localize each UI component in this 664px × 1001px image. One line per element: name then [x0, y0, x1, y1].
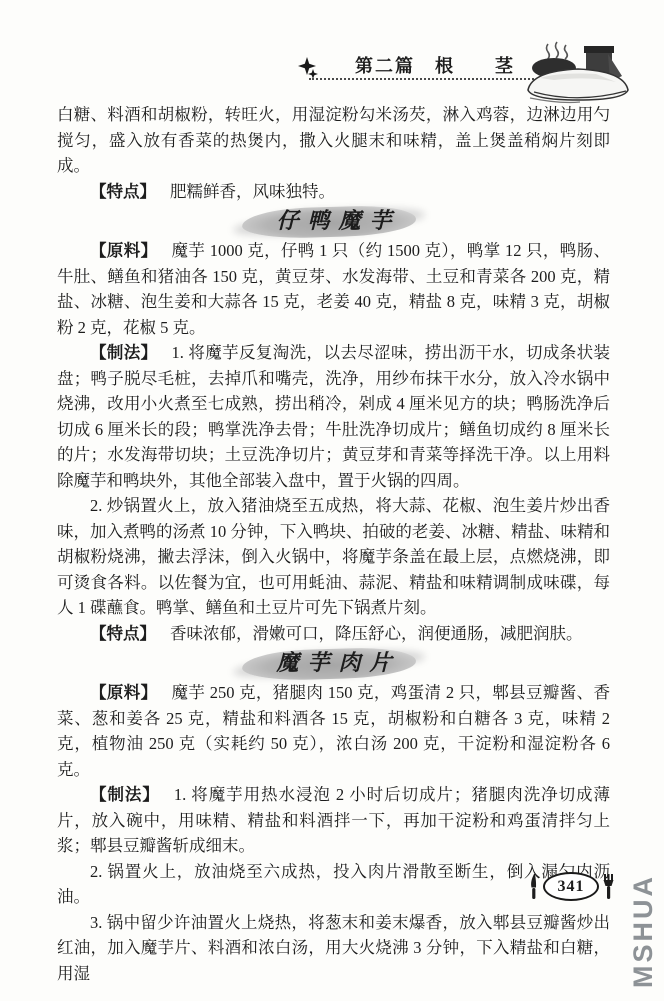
recipe2-method-step3-paragraph: 3. 锅中留少许油置火上烧热，将葱末和姜末爆香，放入郫县豆瓣酱炒出红油，加入魔芋…: [57, 910, 610, 987]
page-number: 341: [558, 878, 585, 896]
watermark-text: MSHUA: [628, 874, 659, 988]
feature-text: 肥糯鲜香，风味独特。: [170, 182, 335, 201]
ingredients-label: 【原料】: [90, 241, 157, 260]
recipe1-method-step1-paragraph: 【制法】1. 将魔芋反复淘洗，以去尽涩味，捞出沥干水，切成条状装盘；鸭子脱尽毛桩…: [57, 340, 610, 493]
recipe2-method-step1-paragraph: 【制法】1. 将魔芋用热水浸泡 2 小时后切成片；猪腿肉洗净切成薄片，放入碗中，…: [57, 782, 610, 859]
recipe1-title-stamp: 仔鸭魔芋: [252, 206, 414, 237]
recipe1-title: 仔鸭魔芋: [276, 208, 400, 233]
method-step1-text: 1. 将魔芋反复淘洗，以去尽涩味，捞出沥干水，切成条状装盘；鸭子脱尽毛桩，去掉爪…: [57, 343, 610, 490]
fork-icon: [602, 873, 615, 901]
section-title: 第二篇 根 茎: [330, 52, 540, 78]
page-number-badge: 341: [543, 872, 599, 901]
steaming-dish-illustration: [520, 38, 640, 111]
page-footer: 341: [527, 872, 615, 901]
recipe1-ingredients-paragraph: 【原料】魔芋 1000 克，仔鸭 1 只（约 1500 克），鸭掌 12 只，鸭…: [57, 238, 610, 340]
page-content: 白糖、料酒和胡椒粉，转旺火，用湿淀粉勾米汤芡，淋入鸡蓉，边淋边用勺搅匀，盛入放有…: [57, 102, 610, 986]
method-label: 【制法】: [90, 343, 158, 362]
method-label: 【制法】: [90, 785, 160, 804]
recipe2-title: 魔芋肉片: [276, 650, 400, 675]
recipe1-feature-paragraph: 【特点】香味浓郁，滑嫩可口，降压舒心，润便通肠，减肥润肤。: [57, 621, 610, 647]
feature-label: 【特点】: [90, 182, 156, 201]
recipe2-ingredients-paragraph: 【原料】魔芋 250 克，猪腿肉 150 克，鸡蛋清 2 只，郫县豆瓣酱、香菜、…: [57, 680, 610, 782]
intro-feature-paragraph: 【特点】肥糯鲜香，风味独特。: [57, 179, 610, 205]
feature-label: 【特点】: [90, 624, 156, 643]
recipe2-title-stamp: 魔芋肉片: [252, 648, 414, 679]
ingredients-label: 【原料】: [90, 683, 157, 702]
recipe1-title-block: 仔鸭魔芋: [57, 204, 610, 238]
feature-text: 香味浓郁，滑嫩可口，降压舒心，润便通肠，减肥润肤。: [170, 624, 583, 643]
recipe1-method-step2-paragraph: 2. 炒锅置火上，放入猪油烧至五成热，将大蒜、花椒、泡生姜片炒出香味，加入煮鸭的…: [57, 493, 610, 621]
book-page: 第二篇 根 茎 白糖、料酒和胡椒粉，转旺火，用湿淀粉勾米汤芡，淋入鸡蓉，边淋边用…: [0, 0, 664, 1001]
recipe2-title-block: 魔芋肉片: [57, 646, 610, 680]
knife-icon: [527, 873, 540, 901]
intro-continuation-paragraph: 白糖、料酒和胡椒粉，转旺火，用湿淀粉勾米汤芡，淋入鸡蓉，边淋边用勺搅匀，盛入放有…: [57, 102, 610, 179]
